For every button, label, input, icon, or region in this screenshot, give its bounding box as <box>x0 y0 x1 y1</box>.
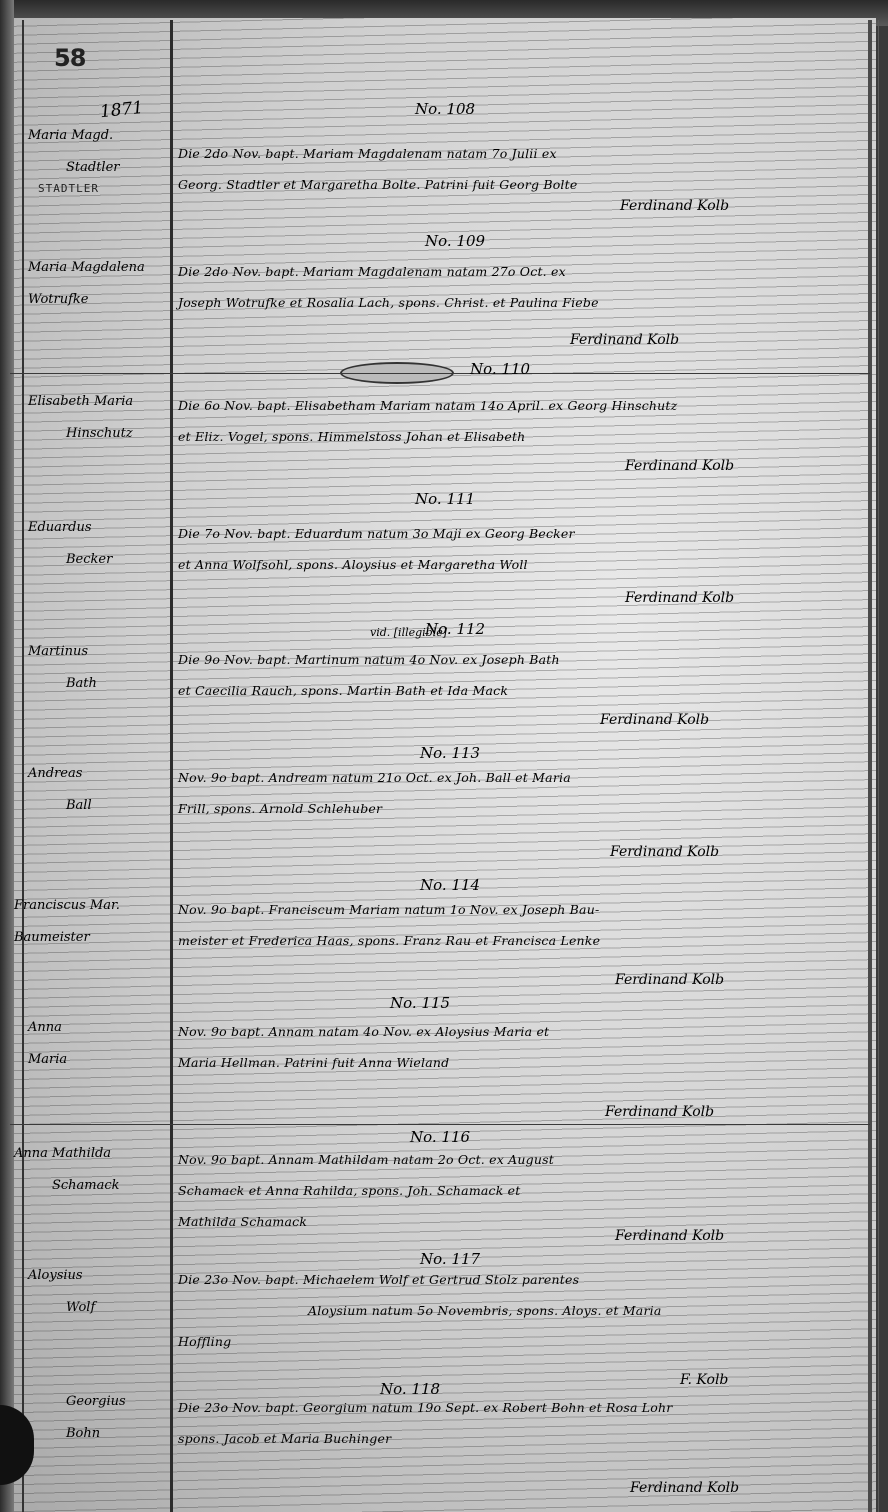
entry-number: No. 111 <box>415 490 475 508</box>
text-line: Hoffling <box>178 1326 853 1357</box>
entry-text: Die 7o Nov. bapt. Eduardum natum 3o Maji… <box>178 518 853 580</box>
text-line: Die 7o Nov. bapt. Eduardum natum 3o Maji… <box>178 518 853 549</box>
name-line: Wolf <box>28 1292 168 1324</box>
entry-number: No. 109 <box>425 232 485 250</box>
name-line: Martinus <box>28 636 168 668</box>
name-line: Eduardus <box>28 512 168 544</box>
priest-signature: Ferdinand Kolb <box>615 972 724 988</box>
name-line: Hinschutz <box>28 418 168 450</box>
entry-name: Maria Magdalena Wotrufke <box>28 252 168 316</box>
name-line: Georgius <box>28 1386 168 1418</box>
name-line: Aloysius <box>28 1260 168 1292</box>
priest-signature: Ferdinand Kolb <box>615 1228 724 1244</box>
text-line: Aloysium natum 5o Novembris, spons. Aloy… <box>178 1295 853 1326</box>
entry-name: Franciscus Mar. Baumeister <box>14 890 154 954</box>
text-line: Mathilda Schamack <box>178 1206 853 1237</box>
name-line: Andreas <box>28 758 168 790</box>
entry-number: No. 108 <box>415 100 475 118</box>
name-line: Bath <box>28 668 168 700</box>
entry-name: Anna Maria <box>28 1012 168 1076</box>
entry-text: Die 23o Nov. bapt. Georgium natum 19o Se… <box>178 1392 853 1454</box>
entry-text: Die 23o Nov. bapt. Michaelem Wolf et Ger… <box>178 1264 853 1357</box>
text-line: et Anna Wolfsohl, spons. Aloysius et Mar… <box>178 549 853 580</box>
page-number: 58 <box>54 44 85 72</box>
entry-text: Nov. 9o bapt. Annam natam 4o Nov. ex Alo… <box>178 1016 853 1078</box>
entry-text: Die 9o Nov. bapt. Martinum natum 4o Nov.… <box>178 644 853 706</box>
entry-text: Nov. 9o bapt. Andream natum 21o Oct. ex … <box>178 762 853 824</box>
name-line: Maria <box>28 1044 168 1076</box>
text-line: Nov. 9o bapt. Andream natum 21o Oct. ex … <box>178 762 853 793</box>
text-line: Nov. 9o bapt. Franciscum Mariam natum 1o… <box>178 894 853 925</box>
text-line: Die 2do Nov. bapt. Mariam Magdalenam nat… <box>178 138 853 169</box>
text-line: et Eliz. Vogel, spons. Himmelstoss Johan… <box>178 421 853 452</box>
name-line: Becker <box>28 544 168 576</box>
right-border-rule <box>868 20 872 1512</box>
text-line: spons. Jacob et Maria Buchinger <box>178 1423 853 1454</box>
entry-name: Eduardus Becker <box>28 512 168 576</box>
text-line: Georg. Stadtler et Margaretha Bolte. Pat… <box>178 169 853 200</box>
name-line: Baumeister <box>14 922 154 954</box>
text-line: Die 23o Nov. bapt. Georgium natum 19o Se… <box>178 1392 853 1423</box>
priest-signature: F. Kolb <box>680 1372 728 1388</box>
name-line: Elisabeth Maria <box>28 386 168 418</box>
text-line: Die 9o Nov. bapt. Martinum natum 4o Nov.… <box>178 644 853 675</box>
entry-name: Aloysius Wolf <box>28 1260 168 1324</box>
entry-name: Georgius Bohn <box>28 1386 168 1450</box>
entry-divider <box>10 1124 870 1125</box>
entry-name: Andreas Ball <box>28 758 168 822</box>
name-line: Wotrufke <box>28 284 168 316</box>
text-line: Frill, spons. Arnold Schlehuber <box>178 793 853 824</box>
priest-signature: Ferdinand Kolb <box>610 844 719 860</box>
priest-signature: Ferdinand Kolb <box>605 1104 714 1120</box>
text-line: Nov. 9o bapt. Annam natam 4o Nov. ex Alo… <box>178 1016 853 1047</box>
entry-text: Die 2do Nov. bapt. Mariam Magdalenam nat… <box>178 138 853 200</box>
name-line: Maria Magd. <box>28 120 168 152</box>
name-line: Stadtler <box>28 152 168 184</box>
text-line: Maria Hellman. Patrini fuit Anna Wieland <box>178 1047 853 1078</box>
entry-number: No. 110 <box>470 360 530 378</box>
text-line: meister et Frederica Haas, spons. Franz … <box>178 925 853 956</box>
name-line: Anna Mathilda <box>14 1138 154 1170</box>
priest-signature: Ferdinand Kolb <box>570 332 679 348</box>
entry-name: Elisabeth Maria Hinschutz <box>28 386 168 450</box>
entry-divider <box>10 373 870 374</box>
entry-number: No. 112 <box>425 620 485 638</box>
name-line: Bohn <box>28 1418 168 1450</box>
name-line: Schamack <box>14 1170 154 1202</box>
entry-number: No. 114 <box>420 876 480 894</box>
entry-name: Maria Magd. Stadtler <box>28 120 168 184</box>
priest-signature: Ferdinand Kolb <box>625 590 734 606</box>
entry-number: No. 113 <box>420 744 480 762</box>
name-line: Ball <box>28 790 168 822</box>
entry-text: Nov. 9o bapt. Annam Mathildam natam 2o O… <box>178 1144 853 1237</box>
priest-signature: Ferdinand Kolb <box>600 712 709 728</box>
entry-number: No. 115 <box>390 994 450 1012</box>
text-line: et Caecilia Rauch, spons. Martin Bath et… <box>178 675 853 706</box>
text-line: Schamack et Anna Rahilda, spons. Joh. Sc… <box>178 1175 853 1206</box>
entry-name: Anna Mathilda Schamack <box>14 1138 154 1202</box>
priest-signature: Ferdinand Kolb <box>630 1480 739 1496</box>
text-line: Die 2do Nov. bapt. Mariam Magdalenam nat… <box>178 256 853 287</box>
right-border-rule-thin <box>878 20 879 1512</box>
entry-name: Martinus Bath <box>28 636 168 700</box>
name-line: Franciscus Mar. <box>14 890 154 922</box>
text-line: Die 23o Nov. bapt. Michaelem Wolf et Ger… <box>178 1264 853 1295</box>
text-line: Die 6o Nov. bapt. Elisabetham Mariam nat… <box>178 390 853 421</box>
margin-column-rule <box>170 20 173 1512</box>
left-border-rule <box>22 20 24 1512</box>
priest-signature: Ferdinand Kolb <box>620 198 729 214</box>
text-line: Joseph Wotrufke et Rosalia Lach, spons. … <box>178 287 853 318</box>
scan-left-shadow <box>0 0 14 1512</box>
name-line: Maria Magdalena <box>28 252 168 284</box>
entry-text: Die 6o Nov. bapt. Elisabetham Mariam nat… <box>178 390 853 452</box>
text-line: Nov. 9o bapt. Annam Mathildam natam 2o O… <box>178 1144 853 1175</box>
entry-text: Nov. 9o bapt. Franciscum Mariam natum 1o… <box>178 894 853 956</box>
name-line: Anna <box>28 1012 168 1044</box>
priest-signature: Ferdinand Kolb <box>625 458 734 474</box>
entry-text: Die 2do Nov. bapt. Mariam Magdalenam nat… <box>178 256 853 318</box>
